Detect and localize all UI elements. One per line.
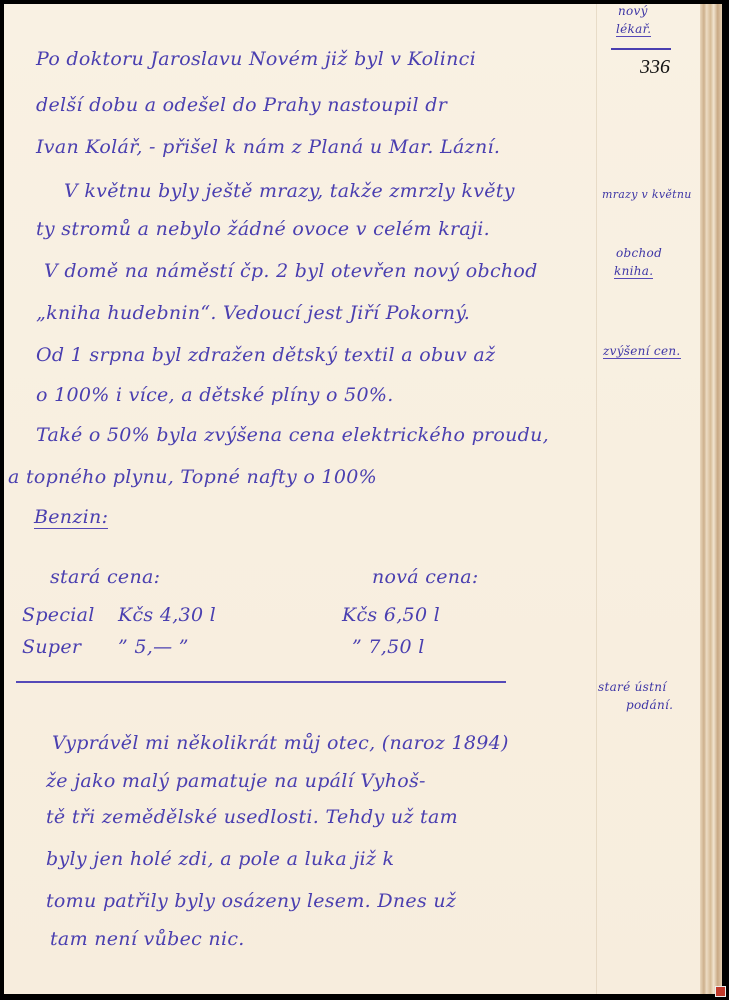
- margin-note-stare-ustni: staré ústní: [598, 680, 666, 694]
- text-line: byly jen holé zdi, a pole a luka již k: [46, 848, 394, 870]
- book-spine: [700, 4, 722, 994]
- fuel-name: Special: [22, 604, 95, 626]
- margin-note-mrazy: mrazy v květnu: [602, 188, 692, 201]
- fuel-new-price: ” 7,50 l: [352, 636, 425, 658]
- fuel-name: Super: [22, 636, 81, 658]
- page-number: 336: [640, 56, 670, 79]
- text-line: ty stromů a nebylo žádné ovoce v celém k…: [36, 218, 490, 240]
- text-line: V domě na náměstí čp. 2 byl otevřen nový…: [44, 260, 538, 282]
- section-divider: [16, 681, 506, 683]
- column-header-new-price: nová cena:: [372, 566, 479, 588]
- text-line: Ivan Kolář, - přišel k nám z Planá u Mar…: [36, 136, 500, 158]
- text-line: o 100% i více, a dětské plíny o 50%.: [36, 384, 394, 406]
- margin-note-obchod: obchod: [616, 246, 662, 260]
- text-line: že jako malý pamatuje na upálí Vyhoš-: [46, 770, 426, 792]
- fuel-new-price: Kčs 6,50 l: [342, 604, 440, 626]
- text-line: tě tři zemědělské usedlosti. Tehdy už ta…: [46, 806, 458, 828]
- text-line: Od 1 srpna byl zdražen dětský textil a o…: [36, 344, 495, 366]
- fuel-old-price: ” 5,— ”: [118, 636, 189, 658]
- column-header-old-price: stará cena:: [50, 566, 160, 588]
- margin-note-zvyseni-cen: zvýšení cen.: [603, 344, 681, 359]
- text-line: tomu patřily byly osázeny lesem. Dnes už: [46, 890, 456, 912]
- margin-note-novy: nový: [618, 4, 648, 18]
- text-line: tam není vůbec nic.: [50, 928, 245, 950]
- text-line: V květnu byly ještě mrazy, takže zmrzly …: [64, 180, 515, 202]
- text-line: Vyprávěl mi několikrát můj otec, (naroz …: [52, 732, 509, 754]
- text-line: a topného plynu, Topné nafty o 100%: [8, 466, 377, 488]
- margin-rule: [611, 48, 671, 50]
- minimize-icon[interactable]: [715, 986, 726, 997]
- margin-note-podani: podání.: [626, 698, 673, 712]
- margin-note-lekar: lékař.: [616, 22, 651, 37]
- fuel-old-price: Kčs 4,30 l: [118, 604, 216, 626]
- text-line: Po doktoru Jaroslavu Novém již byl v Kol…: [36, 48, 476, 70]
- text-line: delší dobu a odešel do Prahy nastoupil d…: [36, 94, 447, 116]
- margin-note-kniha: kniha.: [614, 264, 653, 279]
- margin-line: [596, 4, 597, 994]
- text-line: Také o 50% byla zvýšena cena elektrickéh…: [36, 424, 549, 446]
- benzin-heading: Benzin:: [34, 506, 108, 529]
- text-line: „kniha hudebnin“. Vedoucí jest Jiří Poko…: [36, 302, 470, 324]
